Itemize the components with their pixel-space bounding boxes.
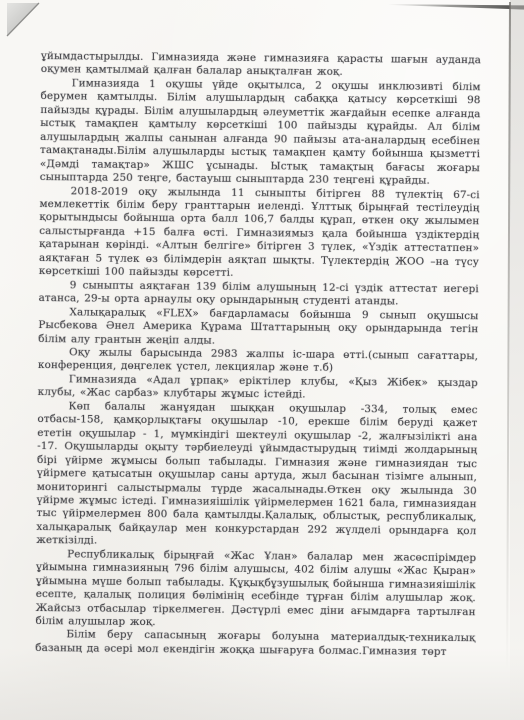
scan-edge-artifact-top (388, 2, 524, 10)
scanned-page: ұйымдастырылды. Гимназияда және гимназия… (0, 0, 524, 720)
paragraph-2: Гимназияда 1 оқушы үйде оқытылса, 2 оқуш… (40, 77, 481, 189)
paragraph-5: Халықаралық «FLEX» бағдарламасы бойынша … (38, 306, 478, 351)
paragraph-3: 2018-2019 оқу жылында 11 сыныпты бітірге… (39, 185, 480, 283)
paragraph-9: Республикалық бірыңғай «Жас Ұлан» балала… (35, 548, 476, 633)
document-text: ұйымдастырылды. Гимназияда және гимназия… (35, 50, 481, 660)
page-corner-fold (0, 0, 60, 50)
paragraph-8: Көп балалы жанұядан шыққан оқушылар -334… (36, 400, 477, 552)
paragraph-7: Гимназияда «Адал ұрпақ» еріктілер клубы,… (38, 373, 478, 404)
paragraph-10: Білім беру сапасының жоғары болуына мате… (35, 628, 475, 659)
paragraph-6: Оқу жылы барысында 2983 жалпы іс-шара өт… (38, 346, 478, 377)
paragraph-1: ұйымдастырылды. Гимназияда және гимназия… (41, 50, 481, 81)
page-right-margin-shadow (510, 0, 524, 720)
paragraph-4: 9 сыныпты аяқтаған 139 білім алушының 12… (39, 279, 479, 310)
